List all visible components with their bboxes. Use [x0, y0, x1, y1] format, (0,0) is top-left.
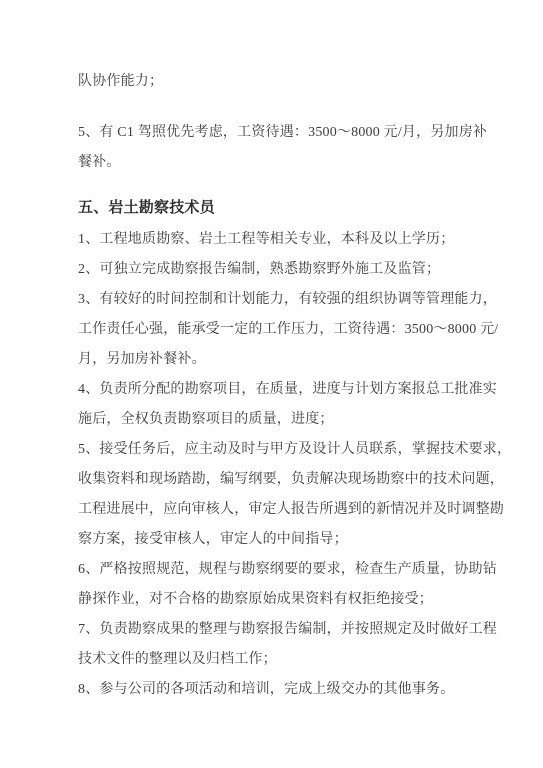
section-heading: 五、岩土勘察技术员	[78, 193, 502, 223]
text-line: 技术文件的整理以及归档工作；	[78, 645, 502, 675]
text-line: 收集资料和现场踏勘，编写纲要，负责解决现场勘察中的技术问题，	[78, 465, 502, 495]
text-line: 7、负责勘察成果的整理与勘察报告编制，并按照规定及时做好工程	[78, 615, 502, 645]
document-page: 队协作能力；5、有 C1 驾照优先考虑，工资待遇：3500～8000 元/月，另…	[0, 0, 543, 768]
text-line: 4、负责所分配的勘察项目，在质量，进度与计划方案报总工批准实	[78, 375, 502, 405]
paragraph: 队协作能力；	[78, 67, 502, 97]
text-line: 6、严格按照规范，规程与勘察纲要的要求，检查生产质量，协助钻	[78, 555, 502, 585]
text-line: 1、工程地质勘察、岩土工程等相关专业，本科及以上学历；	[78, 225, 502, 255]
text-line: 3、有较好的时间控制和计划能力，有较强的组织协调等管理能力，	[78, 285, 502, 315]
text-line: 施后，全权负责勘察项目的质量，进度；	[78, 405, 502, 435]
text-line: 静探作业，对不合格的勘察原始成果资料有权拒绝接受；	[78, 585, 502, 615]
text-line: 工作责任心强，能承受一定的工作压力，工资待遇：3500～8000 元/	[78, 315, 502, 345]
text-line: 五、岩土勘察技术员	[78, 193, 502, 223]
paragraph: 3、有较好的时间控制和计划能力，有较强的组织协调等管理能力，工作责任心强，能承受…	[78, 285, 502, 375]
document-body: 队协作能力；5、有 C1 驾照优先考虑，工资待遇：3500～8000 元/月，另…	[78, 67, 502, 705]
paragraph: 5、有 C1 驾照优先考虑，工资待遇：3500～8000 元/月，另加房补餐补。	[78, 118, 502, 178]
paragraph: 1、工程地质勘察、岩土工程等相关专业，本科及以上学历；	[78, 225, 502, 255]
text-line: 2、可独立完成勘察报告编制，熟悉勘察野外施工及监管；	[78, 255, 502, 285]
paragraph: 5、接受任务后，应主动及时与甲方及设计人员联系，掌握技术要求，收集资料和现场踏勘…	[78, 435, 502, 555]
paragraph: 7、负责勘察成果的整理与勘察报告编制，并按照规定及时做好工程技术文件的整理以及归…	[78, 615, 502, 675]
text-line: 5、接受任务后，应主动及时与甲方及设计人员联系，掌握技术要求，	[78, 435, 502, 465]
text-line: 工程进展中，应向审核人，审定人报告所遇到的新情况并及时调整勘	[78, 495, 502, 525]
text-line: 月，另加房补餐补。	[78, 345, 502, 375]
text-line: 队协作能力；	[78, 67, 502, 97]
paragraph: 4、负责所分配的勘察项目，在质量，进度与计划方案报总工批准实施后，全权负责勘察项…	[78, 375, 502, 435]
paragraph: 8、参与公司的各项活动和培训，完成上级交办的其他事务。	[78, 675, 502, 705]
paragraph: 2、可独立完成勘察报告编制，熟悉勘察野外施工及监管；	[78, 255, 502, 285]
text-line: 8、参与公司的各项活动和培训，完成上级交办的其他事务。	[78, 675, 502, 705]
text-line: 察方案，接受审核人，审定人的中间指导；	[78, 525, 502, 555]
text-line: 餐补。	[78, 148, 502, 178]
paragraph: 6、严格按照规范，规程与勘察纲要的要求，检查生产质量，协助钻静探作业，对不合格的…	[78, 555, 502, 615]
text-line: 5、有 C1 驾照优先考虑，工资待遇：3500～8000 元/月，另加房补	[78, 118, 502, 148]
